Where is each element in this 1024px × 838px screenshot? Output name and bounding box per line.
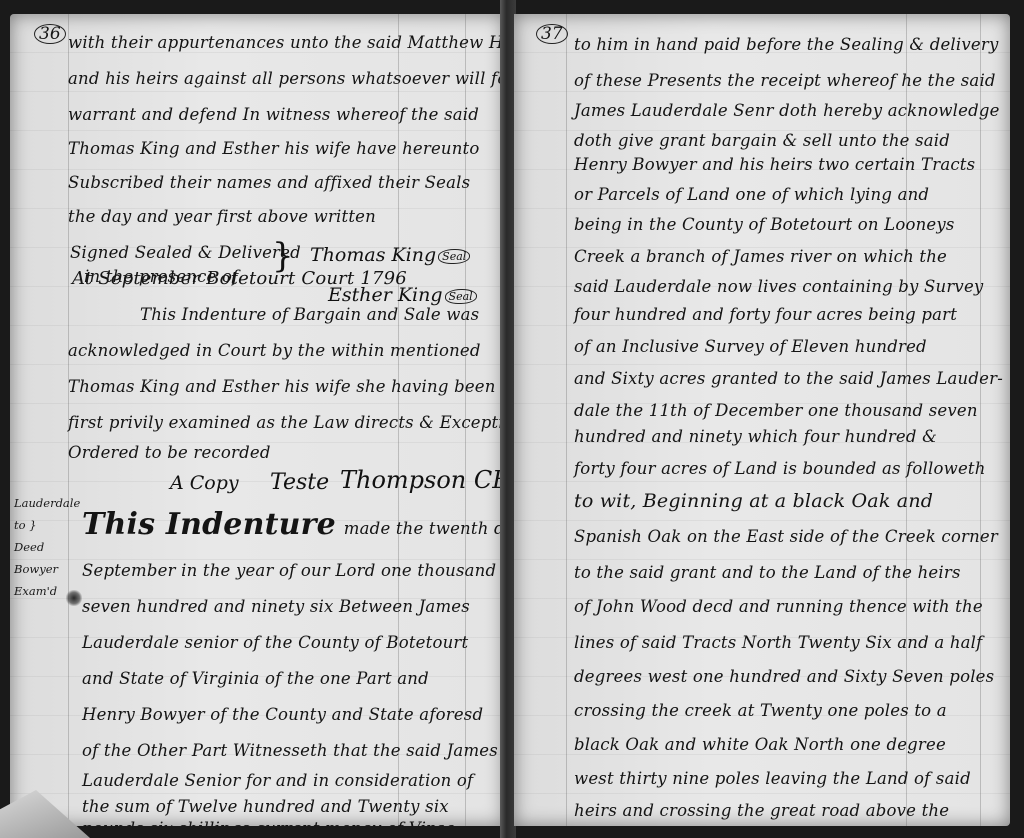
signature-thomas-king: Thomas KingSeal <box>310 244 470 266</box>
text-line: hundred and ninety which four hundred & <box>574 426 1002 448</box>
text-line: being in the County of Botetourt on Loon… <box>574 214 1002 236</box>
text-line: Lauderdale Senior for and in considerati… <box>82 770 496 792</box>
clerk-signature: Thompson CBC <box>340 466 504 494</box>
seal-mark: Seal <box>438 249 470 264</box>
text-line: west thirty nine poles leaving the Land … <box>574 768 1002 790</box>
indenture-text: made the twenth day of <box>344 519 504 538</box>
margin-note-line: to } Deed <box>14 514 70 558</box>
ink-blot <box>66 590 82 606</box>
text-line: lines of said Tracts North Twenty Six an… <box>574 632 1002 654</box>
text-line: Henry Bowyer and his heirs two certain T… <box>574 154 1002 176</box>
text-line: said Lauderdale now lives containing by … <box>574 276 1002 298</box>
text-line: Henry Bowyer of the County and State afo… <box>82 704 496 726</box>
margin-rule <box>566 14 567 826</box>
text-line: Thomas King and Esther his wife she havi… <box>68 376 496 398</box>
text-line: Ordered to be recorded <box>68 442 496 464</box>
text-line: doth give grant bargain & sell unto the … <box>574 130 1002 152</box>
text-line: black Oak and white Oak North one degree <box>574 734 1002 756</box>
text-line: and State of Virginia of the one Part an… <box>82 668 496 690</box>
text-line: and his heirs against all persons whatso… <box>68 68 496 90</box>
seal-mark: Seal <box>445 289 477 304</box>
text-line: of these Presents the receipt whereof he… <box>574 70 1002 92</box>
right-page: 37 to him in hand paid before the Sealin… <box>514 14 1010 826</box>
text-line: to the said grant and to the Land of the… <box>574 562 1002 584</box>
text-line: first privily examined as the Law direct… <box>68 412 496 434</box>
text-line: of the Other Part Witnesseth that the sa… <box>82 740 496 762</box>
text-line: forty four acres of Land is bounded as f… <box>574 458 1002 480</box>
text-line: of John Wood decd and running thence wit… <box>574 596 1002 618</box>
text-line: the sum of Twelve hundred and Twenty six <box>82 796 496 818</box>
text-line: of an Inclusive Survey of Eleven hundred <box>574 336 1002 358</box>
page-number: 36 <box>34 24 66 44</box>
text-line: acknowledged in Court by the within ment… <box>68 340 496 362</box>
margin-note-line: Lauderdale <box>14 492 70 514</box>
text-line: or Parcels of Land one of which lying an… <box>574 184 1002 206</box>
text-line: Spanish Oak on the East side of the Cree… <box>574 526 1002 548</box>
indenture-heading: This Indenture <box>82 507 336 542</box>
text-line: pounds six shillings current money of Vi… <box>82 818 496 826</box>
text-line: to wit, Beginning at a black Oak and <box>574 490 1002 512</box>
indenture-line: This Indenture made the twenth day of <box>82 514 496 540</box>
text-line: dale the 11th of December one thousand s… <box>574 400 1002 422</box>
margin-note: Lauderdale to } Deed Bowyer Exam'd <box>14 492 70 602</box>
text-line: Creek a branch of James river on which t… <box>574 246 1002 268</box>
text-line: degrees west one hundred and Sixty Seven… <box>574 666 1002 688</box>
text-line: warrant and defend In witness whereof th… <box>68 104 496 126</box>
text-line: Thomas King and Esther his wife have her… <box>68 138 496 160</box>
page-number: 37 <box>536 24 568 44</box>
text-line: seven hundred and ninety six Between Jam… <box>82 596 496 618</box>
text-line: heirs and crossing the great road above … <box>574 800 1002 822</box>
left-page: 36 with their appurtenances unto the sai… <box>10 14 504 826</box>
attestation-teste: Teste <box>270 470 329 495</box>
text-line: four hundred and forty four acres being … <box>574 304 1002 326</box>
scanned-ledger-spread: 36 with their appurtenances unto the sai… <box>0 0 1024 838</box>
text-line: to him in hand paid before the Sealing &… <box>574 34 1002 56</box>
margin-note-line: Bowyer <box>14 558 70 580</box>
court-heading: At September Botetourt Court 1796 <box>72 268 496 290</box>
signature-name: Thomas King <box>310 244 436 266</box>
text-line: the day and year first above written <box>68 206 496 228</box>
text-line: with their appurtenances unto the said M… <box>68 32 496 54</box>
text-line: and Sixty acres granted to the said Jame… <box>574 368 1002 390</box>
text-line: September in the year of our Lord one th… <box>82 560 496 582</box>
text-line: Subscribed their names and affixed their… <box>68 172 496 194</box>
attestation-copy: A Copy <box>170 472 239 494</box>
text-line: crossing the creek at Twenty one poles t… <box>574 700 1002 722</box>
text-line: Lauderdale senior of the County of Botet… <box>82 632 496 654</box>
margin-note-line: Exam'd <box>14 580 70 602</box>
text-line: James Lauderdale Senr doth hereby acknow… <box>574 100 1002 122</box>
text-line: This Indenture of Bargain and Sale was <box>140 304 496 326</box>
